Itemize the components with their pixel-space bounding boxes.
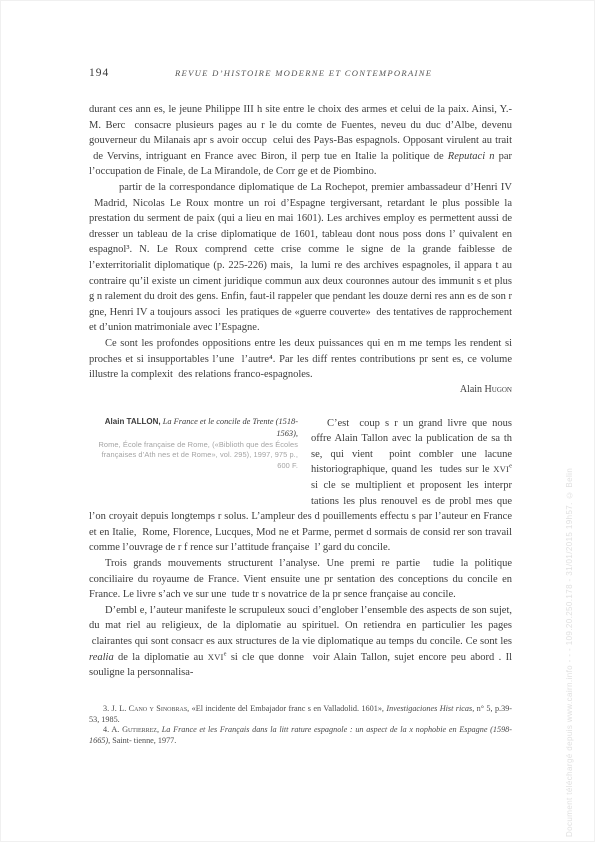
article-end-section: durant ces ann es, le jeune Philippe III…	[89, 102, 512, 395]
author-signature: Alain Hugon	[89, 384, 512, 395]
text-block: 194 REVUE D’HISTOIRE MODERNE ET CONTEMPO…	[89, 67, 512, 747]
footnotes: 3. J. L. Cano y Sinobras, «El incidente …	[89, 704, 512, 747]
book-review-section: Alain TALLON, La France et le concile de…	[89, 416, 512, 681]
paragraph: Ce sont les profondes oppositions entre …	[89, 336, 512, 383]
journal-title: REVUE D’HISTOIRE MODERNE ET CONTEMPORAIN…	[109, 68, 498, 78]
journal-page: 194 REVUE D’HISTOIRE MODERNE ET CONTEMPO…	[0, 0, 595, 842]
review-paragraph: Trois grands mouvements structurent l’an…	[89, 556, 512, 603]
running-header: 194 REVUE D’HISTOIRE MODERNE ET CONTEMPO…	[89, 67, 512, 79]
footnote: 3. J. L. Cano y Sinobras, «El incidente …	[89, 704, 512, 726]
paragraph: partir de la correspondance diplomatique…	[89, 180, 512, 336]
review-paragraph: D’embl e, l’auteur manifeste le scrupule…	[89, 603, 512, 681]
citation-publisher: Rome, École française de Rome, («Bibliot…	[89, 440, 298, 472]
book-citation: Alain TALLON, La France et le concile de…	[89, 416, 311, 494]
citation-author-title: Alain TALLON, La France et le concile de…	[89, 416, 298, 440]
page-number: 194	[89, 67, 109, 79]
paragraph: durant ces ann es, le jeune Philippe III…	[89, 102, 512, 180]
footnote: 4. A. Gutierrez, La France et les França…	[89, 725, 512, 747]
cairn-watermark: Document téléchargé depuis www.cairn.inf…	[565, 385, 574, 837]
